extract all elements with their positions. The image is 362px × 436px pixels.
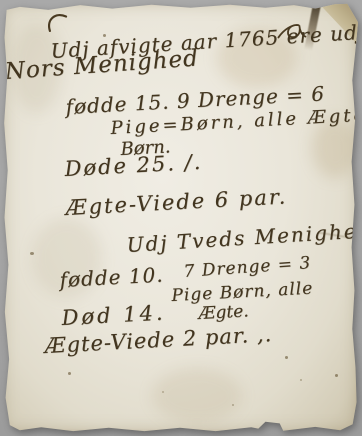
- manuscript-line-deaths-nors: Døde 25. /.: [64, 150, 203, 181]
- ink-speck: [285, 356, 288, 359]
- paper-shadow-wrap: Udj afvigte aar 1765 ere udj Nors Menigh…: [0, 0, 362, 436]
- ink-speck: [335, 374, 338, 377]
- manuscript-line-births-tved-detail-end: Ægte.: [198, 301, 249, 324]
- ink-speck: [68, 372, 71, 375]
- manuscript-line-births-tved: fødde 10.: [59, 263, 164, 292]
- age-stain: [152, 368, 242, 423]
- manuscript-line-births-tved-detail: 7 Drenge = 3: [183, 253, 312, 282]
- manuscript-page: Udj afvigte aar 1765 ere udj Nors Menigh…: [2, 3, 358, 432]
- manuscript-line-marriages-nors: Ægte-Viede 6 par.: [65, 184, 288, 220]
- manuscript-line-parish-nors: Nors Menighed: [4, 45, 200, 84]
- ink-speck: [162, 391, 164, 393]
- ink-speck: [300, 379, 302, 381]
- ink-speck: [232, 404, 234, 406]
- manuscript-line-parish-tved: Udj Tveds Menighed,: [126, 217, 362, 256]
- scan-background: Udj afvigte aar 1765 ere udj Nors Menigh…: [0, 0, 362, 436]
- lead-in-flourish-icon: [42, 12, 71, 35]
- manuscript-line-deaths-tved: Død 14.: [61, 301, 166, 330]
- ink-speck: [30, 252, 34, 255]
